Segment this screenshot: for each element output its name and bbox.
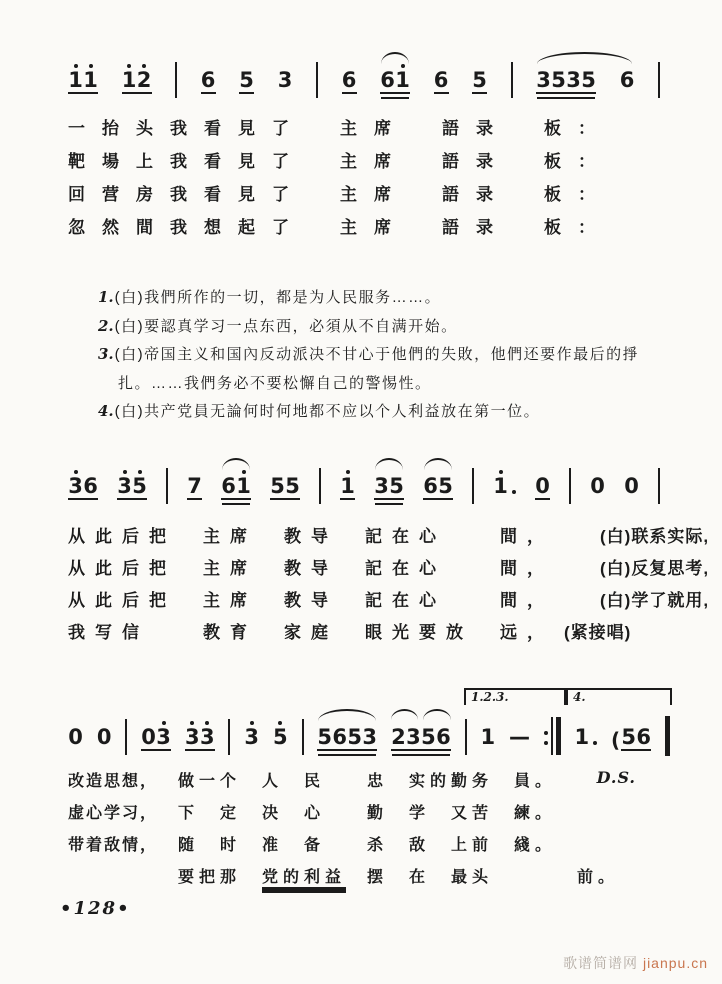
slur-arc xyxy=(381,52,409,64)
lyric-segment: 从此后把 主席 教导 記在心 間， xyxy=(68,527,554,546)
note: 5 xyxy=(347,721,362,747)
note: 3 xyxy=(244,721,259,747)
note: 3 xyxy=(200,721,215,747)
note-group: 1 xyxy=(493,470,516,500)
spoken-line-number: 3. xyxy=(98,345,114,363)
note: 5 xyxy=(438,470,453,496)
lyric-segment: 要把那 xyxy=(178,869,262,886)
note: 0 xyxy=(141,721,156,747)
note-group: 5 xyxy=(273,721,288,751)
spoken-text-block: 1.(白)我們所作的一切，都是为人民服务……。2.(白)要認真学习一点东西，必須… xyxy=(98,284,678,427)
note-group: 65 xyxy=(423,470,453,500)
barline xyxy=(316,62,318,98)
page-number: •128• xyxy=(60,898,131,919)
watermark-domain-link[interactable]: jianpu.cn xyxy=(643,955,708,971)
verse-lyrics-block-3: 改造思想，做一个 人 民 忠 实的勤务 員。D.S.虚心学习，下 定 决 心 勤… xyxy=(68,768,698,896)
slur-arcs xyxy=(391,709,451,719)
repeat-dots xyxy=(544,731,548,745)
note: 0 xyxy=(535,470,550,496)
note-group: 61 xyxy=(380,64,410,94)
lyric-segment: 带着敌情， xyxy=(68,832,178,855)
lyric-segment: 随 时 准 备 杀 敌 上前 綫。 xyxy=(178,837,556,854)
note: 5 xyxy=(472,64,487,90)
slur-arc xyxy=(222,458,250,470)
note: 0 xyxy=(97,721,112,747)
lyric-row: 靶場上我看見了 主席 語录 板： xyxy=(68,147,612,180)
verse-lyrics-block-1: 一抬头我看見了 主席 語录 板：靶場上我看見了 主席 語录 板：回营房我看見了 … xyxy=(68,114,612,246)
note-group: 5 xyxy=(472,64,487,94)
lyric-segment: (白)学了就用, xyxy=(600,591,709,610)
note: 6 xyxy=(332,721,347,747)
lyric-row: 要把那 党的利益 摆 在 最头 前。 xyxy=(68,864,698,896)
note-group: 61 xyxy=(221,470,251,500)
lyric-segment: (白)联系实际, xyxy=(600,527,709,546)
spoken-line-text: (白)要認真学习一点东西，必須从不自满开始。 xyxy=(115,318,458,335)
volta-bracket-4: 4. xyxy=(566,688,672,705)
lyric-row: 改造思想，做一个 人 民 忠 实的勤务 員。D.S. xyxy=(68,768,698,800)
note: 6 xyxy=(380,64,395,90)
note-group: 33 xyxy=(185,721,215,751)
note: 5 xyxy=(621,721,636,747)
note-group: 35 xyxy=(374,470,404,500)
barline xyxy=(658,62,660,98)
note: 2 xyxy=(137,64,152,90)
lyric-segment: 摆 在 最头 前。 xyxy=(346,869,619,886)
note: 6 xyxy=(434,64,449,90)
spoken-line: 2.(白)要認真学习一点东西，必須从不自满开始。 xyxy=(98,313,678,342)
augmentation-dot xyxy=(512,490,516,494)
volta-label: 1.2.3. xyxy=(471,691,564,703)
lyric-segment: (紧接唱) xyxy=(564,623,631,642)
note: 6 xyxy=(423,470,438,496)
note: — xyxy=(509,721,530,747)
lyric-segment: 我写信 教育 家庭 眼光要放 远， xyxy=(68,623,554,642)
note-group: 0 xyxy=(97,721,112,751)
music-line-3-notes: 00033335565323561—1(56 xyxy=(68,716,670,751)
note: 7 xyxy=(187,470,202,496)
note-group: 35 xyxy=(117,470,147,500)
barline xyxy=(658,468,660,504)
barline xyxy=(511,62,513,98)
watermark: 歌谱简谱网 jianpu.cn xyxy=(563,953,708,973)
note-group: 6 xyxy=(342,64,357,94)
lyric-segment: 虚心学习， xyxy=(68,800,178,823)
note-group: 0 xyxy=(68,721,83,751)
note: 6 xyxy=(201,64,216,90)
note: 3 xyxy=(406,721,421,747)
music-line-1: 11126536616535356 xyxy=(68,62,660,94)
augmentation-dot xyxy=(593,741,597,745)
note: 1 xyxy=(236,470,251,496)
music-line-2: 363576155135651000 xyxy=(68,468,660,500)
lyric-segment: 从此后把 主席 教导 記在心 間， xyxy=(68,591,554,610)
note: 1 xyxy=(574,721,589,747)
note-group: 1 xyxy=(480,721,495,751)
spoken-line-number: 2. xyxy=(98,317,114,335)
note: 3 xyxy=(362,721,377,747)
barline xyxy=(175,62,177,98)
spoken-line-number: 1. xyxy=(98,288,114,306)
lyric-segment: 改造思想， xyxy=(68,768,178,791)
note: 6 xyxy=(221,470,236,496)
spoken-line-text: (白)我們所作的一切，都是为人民服务……。 xyxy=(115,289,442,306)
note-group: 1 xyxy=(340,470,355,500)
note: 6 xyxy=(83,470,98,496)
note-group: 1 xyxy=(574,721,597,751)
barline xyxy=(472,468,474,504)
note-group: 36 xyxy=(68,470,98,500)
note-group: 55 xyxy=(270,470,300,500)
lyric-row: 虚心学习，下 定 决 心 勤 学 又苦 練。 xyxy=(68,800,698,832)
lyric-row: 带着敌情，随 时 准 备 杀 敌 上前 綫。 xyxy=(68,832,698,864)
lyric-row: 从此后把 主席 教导 記在心 間，(白)联系实际, xyxy=(68,522,709,554)
lyric-segment: 下 定 决 心 勤 学 又苦 練。 xyxy=(178,805,556,822)
spoken-line-text: (白)共产党員无論何时何地都不应以个人利益放在第一位。 xyxy=(115,403,541,420)
note: 5 xyxy=(581,64,596,90)
lyric-row: 从此后把 主席 教导 記在心 間，(白)学了就用, xyxy=(68,586,709,618)
lyric-segment: 做一个 人 民 忠 实的勤务 員。 xyxy=(178,773,556,790)
lyric-row: 我写信 教育 家庭 眼光要放 远，(紧接唱) xyxy=(68,618,709,650)
note: 0 xyxy=(624,470,639,496)
note-group: 03 xyxy=(141,721,171,751)
note-group: 0 xyxy=(535,470,550,500)
slur-arc xyxy=(423,709,451,720)
note-group: 0 xyxy=(624,470,639,500)
lyric-segment: 党的利益 xyxy=(262,869,346,889)
note: 5 xyxy=(389,470,404,496)
note-group: (56 xyxy=(611,721,651,751)
note: 6 xyxy=(342,64,357,90)
note: 6 xyxy=(636,721,651,747)
volta-bracket-123: 1.2.3. xyxy=(464,688,566,705)
note: 5 xyxy=(421,721,436,747)
lyric-segment: 从此后把 主席 教导 記在心 間， xyxy=(68,559,554,578)
note: 5 xyxy=(270,470,285,496)
note: 3 xyxy=(536,64,551,90)
lyric-segment: (白)反复思考, xyxy=(600,559,709,578)
note-group: 7 xyxy=(187,470,202,500)
repeat-sign xyxy=(544,717,561,755)
barline xyxy=(569,468,571,504)
note-group: 6 xyxy=(201,64,216,94)
note-group: 6 xyxy=(620,64,635,94)
note: 0 xyxy=(590,470,605,496)
note: 3 xyxy=(117,470,132,496)
note: 5 xyxy=(132,470,147,496)
note: 1 xyxy=(83,64,98,90)
note: 1 xyxy=(340,470,355,496)
note: 2 xyxy=(391,721,406,747)
note-group: 0 xyxy=(590,470,605,500)
note: 1 xyxy=(122,64,137,90)
sheet-music-page: 11126536616535356 一抬头我看見了 主席 語录 板：靶場上我看見… xyxy=(0,0,722,984)
spoken-line: 3.(白)帝国主义和国內反动派决不甘心于他們的失敗，他們还要作最后的掙 xyxy=(98,341,678,370)
paren: ( xyxy=(611,729,620,751)
spoken-line-number: 4. xyxy=(98,402,114,420)
lyric-row: 从此后把 主席 教导 記在心 間，(白)反复思考, xyxy=(68,554,709,586)
note: 1 xyxy=(395,64,410,90)
music-line-3: 1.2.3. 4. 00033335565323561—1(56 xyxy=(68,716,670,751)
barline xyxy=(166,468,168,504)
note: 1 xyxy=(493,470,508,496)
final-barline xyxy=(665,716,670,756)
slur-arc xyxy=(424,458,452,470)
slur-arc xyxy=(391,709,419,720)
note-group: — xyxy=(509,721,530,751)
note: 5 xyxy=(273,721,288,747)
barline xyxy=(302,719,304,755)
verse-lyrics-block-2: 从此后把 主席 教导 記在心 間，(白)联系实际,从此后把 主席 教导 記在心 … xyxy=(68,522,709,650)
spoken-line-text: 扎。……我們务必不要松懈自己的警惕性。 xyxy=(118,375,432,392)
watermark-site-name: 歌谱简谱网 xyxy=(563,955,638,971)
note-group: 5 xyxy=(239,64,254,94)
note-group: 2356 xyxy=(391,721,451,751)
note: 6 xyxy=(436,721,451,747)
slur-arc xyxy=(537,52,632,64)
barline xyxy=(228,719,230,755)
note-group: 6 xyxy=(434,64,449,94)
note: 3 xyxy=(156,721,171,747)
note-group: 5653 xyxy=(317,721,377,751)
note: 6 xyxy=(620,64,635,90)
spoken-line: 4.(白)共产党員无論何时何地都不应以个人利益放在第一位。 xyxy=(98,398,678,427)
note: 5 xyxy=(239,64,254,90)
note: 5 xyxy=(317,721,332,747)
lyric-row: 一抬头我看見了 主席 語录 板： xyxy=(68,114,612,147)
note-group: 3535 xyxy=(536,64,596,94)
volta-label: 4. xyxy=(573,691,670,703)
barline xyxy=(319,468,321,504)
note: 1 xyxy=(68,64,83,90)
note: 3 xyxy=(566,64,581,90)
barline xyxy=(465,719,467,755)
note: 0 xyxy=(68,721,83,747)
note-group: 3 xyxy=(244,721,259,751)
note: 3 xyxy=(68,470,83,496)
slur-arc xyxy=(375,458,403,470)
note-group: 12 xyxy=(122,64,152,94)
note: 1 xyxy=(480,721,495,747)
note: 3 xyxy=(278,64,293,90)
slur-arc xyxy=(318,709,376,721)
note-group: 11 xyxy=(68,64,98,94)
note: 3 xyxy=(185,721,200,747)
note: 5 xyxy=(551,64,566,90)
spoken-line: 扎。……我們务必不要松懈自己的警惕性。 xyxy=(98,370,678,399)
spoken-line-text: (白)帝国主义和国內反动派决不甘心于他們的失敗，他們还要作最后的掙 xyxy=(115,346,640,363)
note: 5 xyxy=(285,470,300,496)
spoken-line: 1.(白)我們所作的一切，都是为人民服务……。 xyxy=(98,284,678,313)
lyric-row: 回营房我看見了 主席 語录 板： xyxy=(68,180,612,213)
note-group: 3 xyxy=(278,64,293,94)
lyric-row: 忽然間我想起了 主席 語录 板： xyxy=(68,213,612,246)
barline xyxy=(125,719,127,755)
note: 3 xyxy=(374,470,389,496)
dal-segno-marker: D.S. xyxy=(597,768,636,787)
